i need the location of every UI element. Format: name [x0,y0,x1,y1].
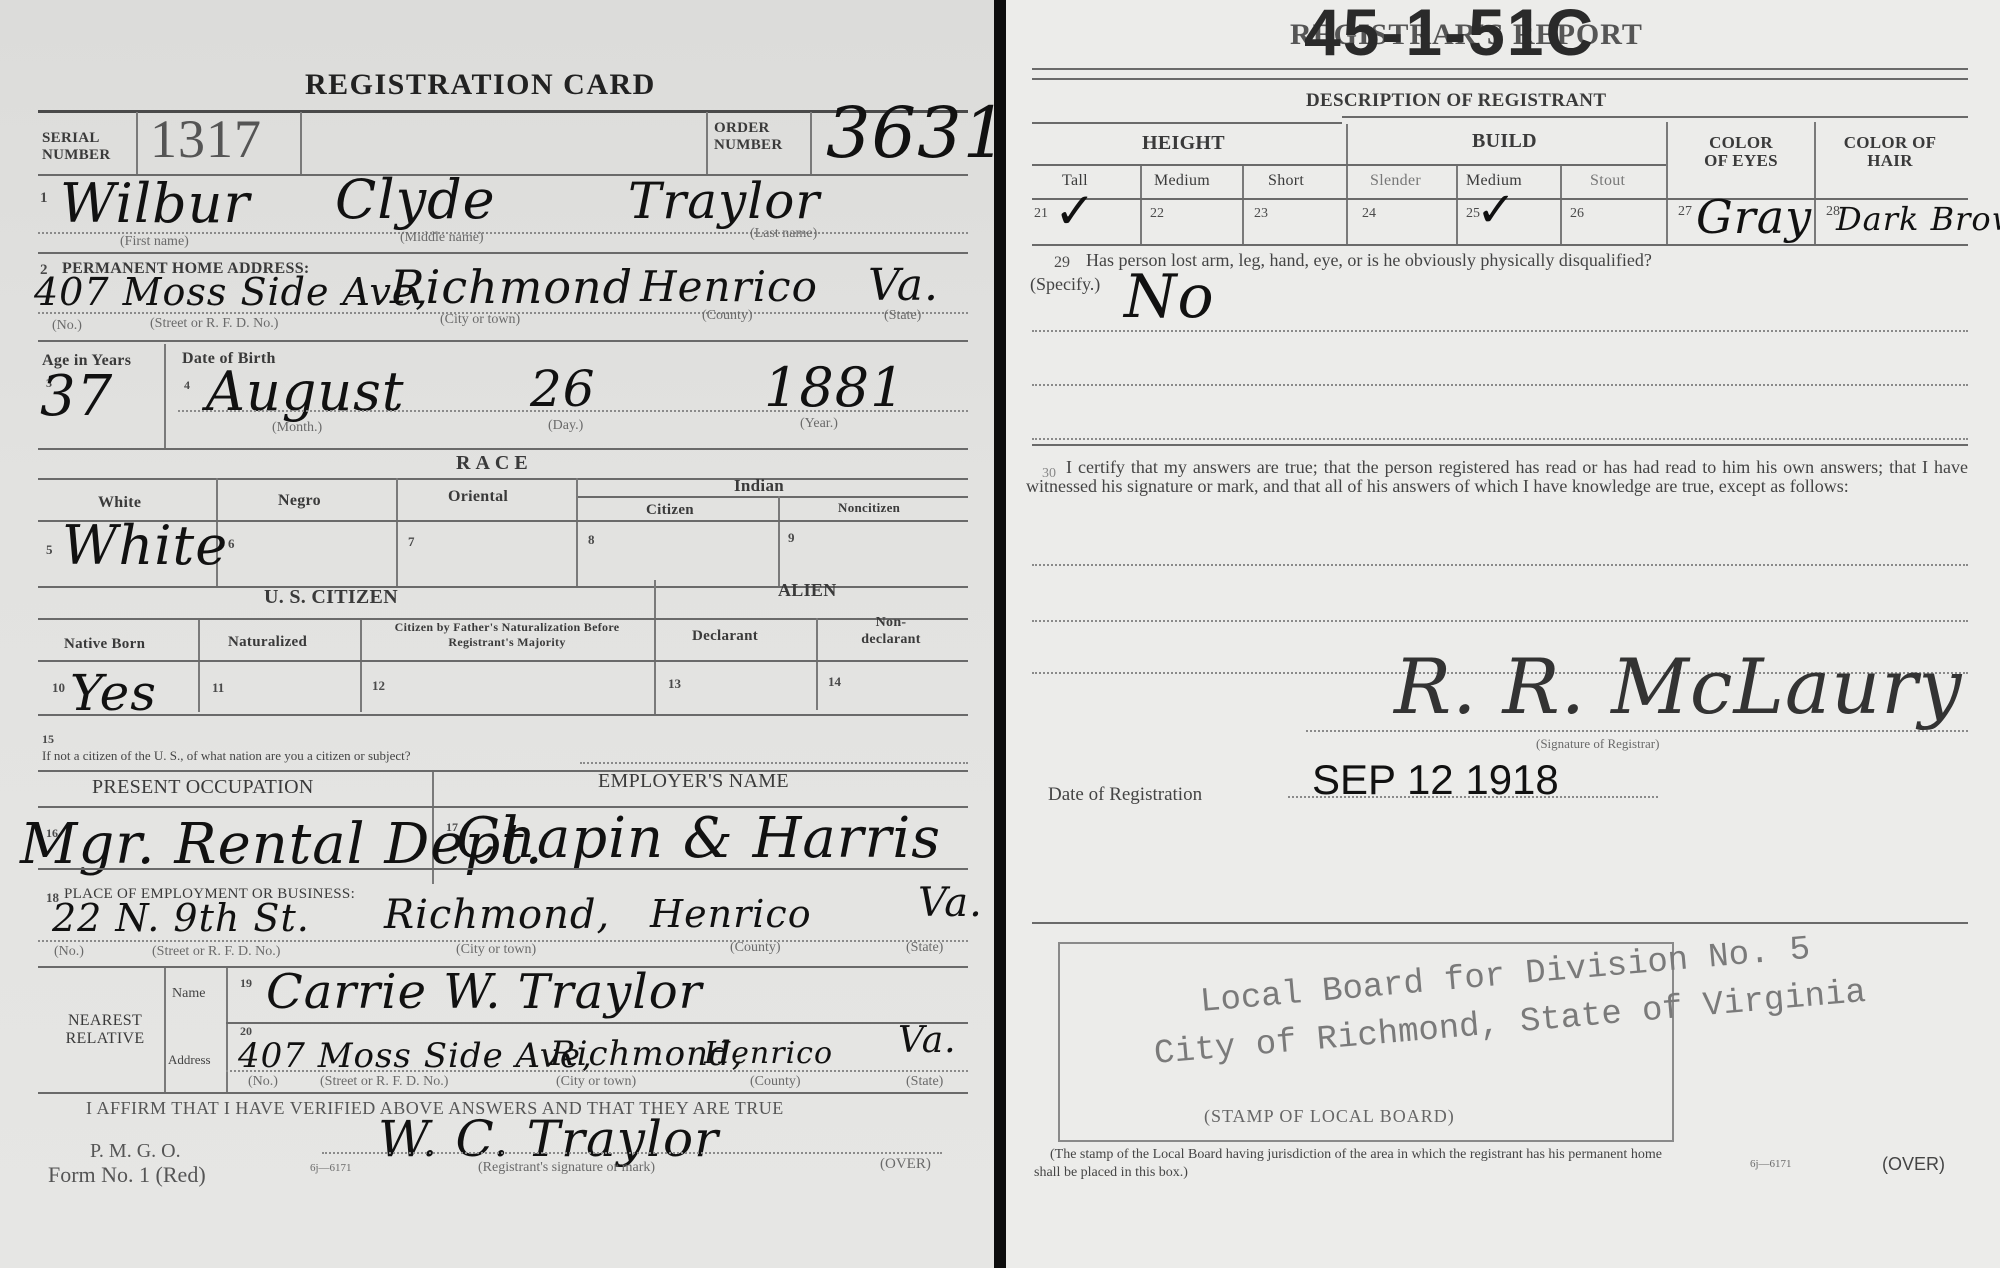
alien-heading: ALIEN [778,580,837,601]
build-label-stout: Stout [1590,172,1625,190]
caption: (Street or R. F. D. No.) [320,1074,448,1090]
divider [580,762,968,764]
divider [578,496,968,498]
home-city: Richmond [390,260,633,314]
divider [38,714,968,716]
caption: (Day.) [548,418,583,434]
card-title: REGISTRATION CARD [305,68,656,102]
divider [38,252,968,254]
relative-address-label: Address [168,1052,211,1068]
field-number: 23 [1254,206,1268,222]
registration-date-label: Date of Registration [1048,784,1202,806]
caption: (No.) [54,944,84,960]
caption: (County) [750,1074,801,1090]
caption: (City or town) [556,1074,636,1090]
height-value-tall: ✓ [1054,182,1097,240]
caption: (No.) [248,1074,278,1090]
divider [778,496,780,586]
employment-county: Henrico [650,892,812,936]
occupation-label: PRESENT OCCUPATION [92,776,314,799]
home-state: Va. [868,260,939,311]
divider [38,868,968,870]
divider [1032,78,1968,80]
divider [1032,444,1968,446]
divider [226,1022,968,1024]
divider [706,112,708,174]
divider [38,660,968,662]
field-number: 9 [788,530,795,546]
field-number: 4 [184,378,190,393]
divider [1666,122,1668,244]
over-label: (OVER) [880,1156,931,1173]
relative-name-label: Name [172,986,205,1002]
relative-county: Henrico [704,1036,833,1071]
divider [1560,166,1562,244]
caption: (No.) [52,318,82,334]
divider [1032,244,1968,246]
first-name: Wilbur [60,172,250,235]
employment-state: Va. [918,880,983,926]
divider [164,968,166,1092]
order-number-label: ORDER NUMBER [714,120,804,154]
divider [1032,384,1968,386]
stamp-note: (The stamp of the Local Board having jur… [1034,1146,1674,1182]
field-number: 24 [1362,206,1376,222]
divider [38,770,968,772]
serial-number-value: 1317 [150,108,262,170]
race-label-negro: Negro [278,492,321,510]
field-number: 29 [1054,254,1070,272]
divider [1032,922,1968,924]
field-number: 10 [52,680,65,696]
field-number: 14 [828,674,841,690]
race-label-indian: Indian [734,476,784,496]
field-number: 21 [1034,206,1048,222]
employer-value: Chapin & Harris [456,806,941,871]
caption: (Street or R. F. D. No.) [150,316,278,332]
form-id-line2: Form No. 1 (Red) [48,1162,206,1188]
age-value: 37 [40,364,113,429]
divider [1032,438,1968,440]
over-label: (OVER) [1882,1154,1945,1175]
field-number: 11 [212,680,224,696]
eye-color-value: Gray [1696,190,1812,244]
home-county: Henrico [640,262,818,311]
divider [1288,796,1658,798]
alien-label-non-declarant: Non-declarant [846,614,936,648]
divider [1242,166,1244,244]
height-heading: HEIGHT [1142,132,1225,155]
field-number: 6 [228,536,235,552]
caption: (County) [730,940,781,956]
divider [816,618,818,710]
signature-caption: (Registrant's signature or mark) [478,1160,655,1176]
registration-card-back: REGISTRAR'S REPORT 45-1-51C DESCRIPTION … [1006,0,2000,1268]
caption: (State) [884,308,921,324]
divider [1032,164,1666,166]
caption: (City or town) [440,312,520,328]
field-number: 8 [588,532,595,548]
nation-question: If not a citizen of the U. S., of what n… [42,748,411,764]
race-heading: RACE [456,452,533,475]
divider [576,478,578,586]
relative-state: Va. [898,1020,957,1061]
certification-text: I certify that my answers are true; that… [1026,458,1968,496]
caption: (Middle name) [400,230,484,246]
employment-city: Richmond, [384,892,610,938]
divider [38,448,968,450]
caption: (Last name) [750,226,817,242]
form-id-line1: P. M. G. O. [90,1140,181,1163]
relative-name-value: Carrie W. Traylor [266,964,703,1020]
caption: (First name) [120,234,189,250]
divider [654,580,656,714]
divider [1032,68,1968,70]
field-number: 19 [240,976,252,991]
registration-card-front: REGISTRATION CARD SERIAL NUMBER 1317 ORD… [0,0,994,1268]
divider [1140,166,1142,244]
citizen-label-fathers-naturalization: Citizen by Father's Naturalization Befor… [376,620,638,650]
divider [322,1152,942,1154]
eye-color-heading: COLOR OF EYES [1696,134,1786,170]
divider [136,112,138,174]
registrar-signature: R. R. McLaury [1394,642,1962,731]
specify-label: (Specify.) [1030,274,1100,295]
field-number: 1 [40,190,48,207]
caption: (Year.) [800,416,838,432]
citizen-label-naturalized: Naturalized [228,634,307,651]
middle-name: Clyde [335,168,496,231]
divider [360,620,362,712]
race-value-white: White [62,514,228,577]
disability-value: No [1124,262,1215,332]
alien-label-declarant: Declarant [692,628,758,645]
divider [38,1092,968,1094]
divider [1032,620,1968,622]
print-code: 6j—6171 [1750,1158,1792,1170]
divider [1032,564,1968,566]
build-heading: BUILD [1472,130,1537,153]
height-label-medium: Medium [1154,172,1210,190]
divider [198,620,200,712]
print-code: 6j—6171 [310,1162,352,1174]
field-number: 5 [46,542,53,558]
field-number: 12 [372,678,385,694]
last-name: Traylor [628,172,820,230]
home-street: 407 Moss Side Ave, [34,270,429,314]
divider [1032,122,1342,124]
dob-month: August [206,360,405,423]
serial-number-label: SERIAL NUMBER [42,130,132,164]
divider [1032,330,1968,332]
divider [226,968,228,1092]
field-number: 22 [1150,206,1164,222]
nearest-relative-label: NEAREST RELATIVE [50,1012,160,1048]
divider [38,340,968,342]
divider [300,112,302,174]
stamp-caption: (STAMP OF LOCAL BOARD) [1204,1106,1455,1127]
race-label-indian-noncitizen: Noncitizen [838,500,900,516]
divider [164,344,166,448]
employer-label: EMPLOYER'S NAME [598,770,789,793]
build-value-medium: ✓ [1476,182,1517,238]
divider [1346,124,1348,244]
divider [226,1070,968,1072]
caption: (State) [906,1074,943,1090]
caption: (Month.) [272,420,322,436]
caption: (County) [702,308,753,324]
us-citizen-heading: U. S. CITIZEN [264,586,398,609]
caption: (City or town) [456,942,536,958]
divider [396,478,398,586]
hair-color-value: Dark Brown [1836,200,2000,238]
height-label-short: Short [1268,172,1304,190]
caption: (State) [906,940,943,956]
field-number: 27 [1678,204,1692,220]
employment-street: 22 N. 9th St. [52,896,310,940]
race-label-white: White [98,494,141,512]
divider [178,410,968,412]
divider [1456,166,1458,244]
divider [1342,116,1968,118]
divider [38,478,968,480]
order-number-value: 3631 [826,92,1008,174]
field-number: 26 [1570,206,1584,222]
description-heading: DESCRIPTION OF REGISTRANT [1306,90,1606,112]
divider [1814,122,1816,244]
card-divider [994,0,1006,1268]
field-number: 7 [408,534,415,550]
citizen-label-native-born: Native Born [64,636,145,653]
field-number: 15 [42,732,54,747]
race-label-indian-citizen: Citizen [646,502,694,519]
file-stamp-number: 45-1-51C [1304,0,1595,70]
registrar-signature-caption: (Signature of Registrar) [1536,736,1659,752]
caption: (Street or R. F. D. No.) [152,944,280,960]
hair-color-heading: COLOR OF HAIR [1842,134,1938,170]
field-number: 13 [668,676,681,692]
race-label-oriental: Oriental [448,488,508,506]
build-label-slender: Slender [1370,172,1421,190]
divider [810,112,812,174]
